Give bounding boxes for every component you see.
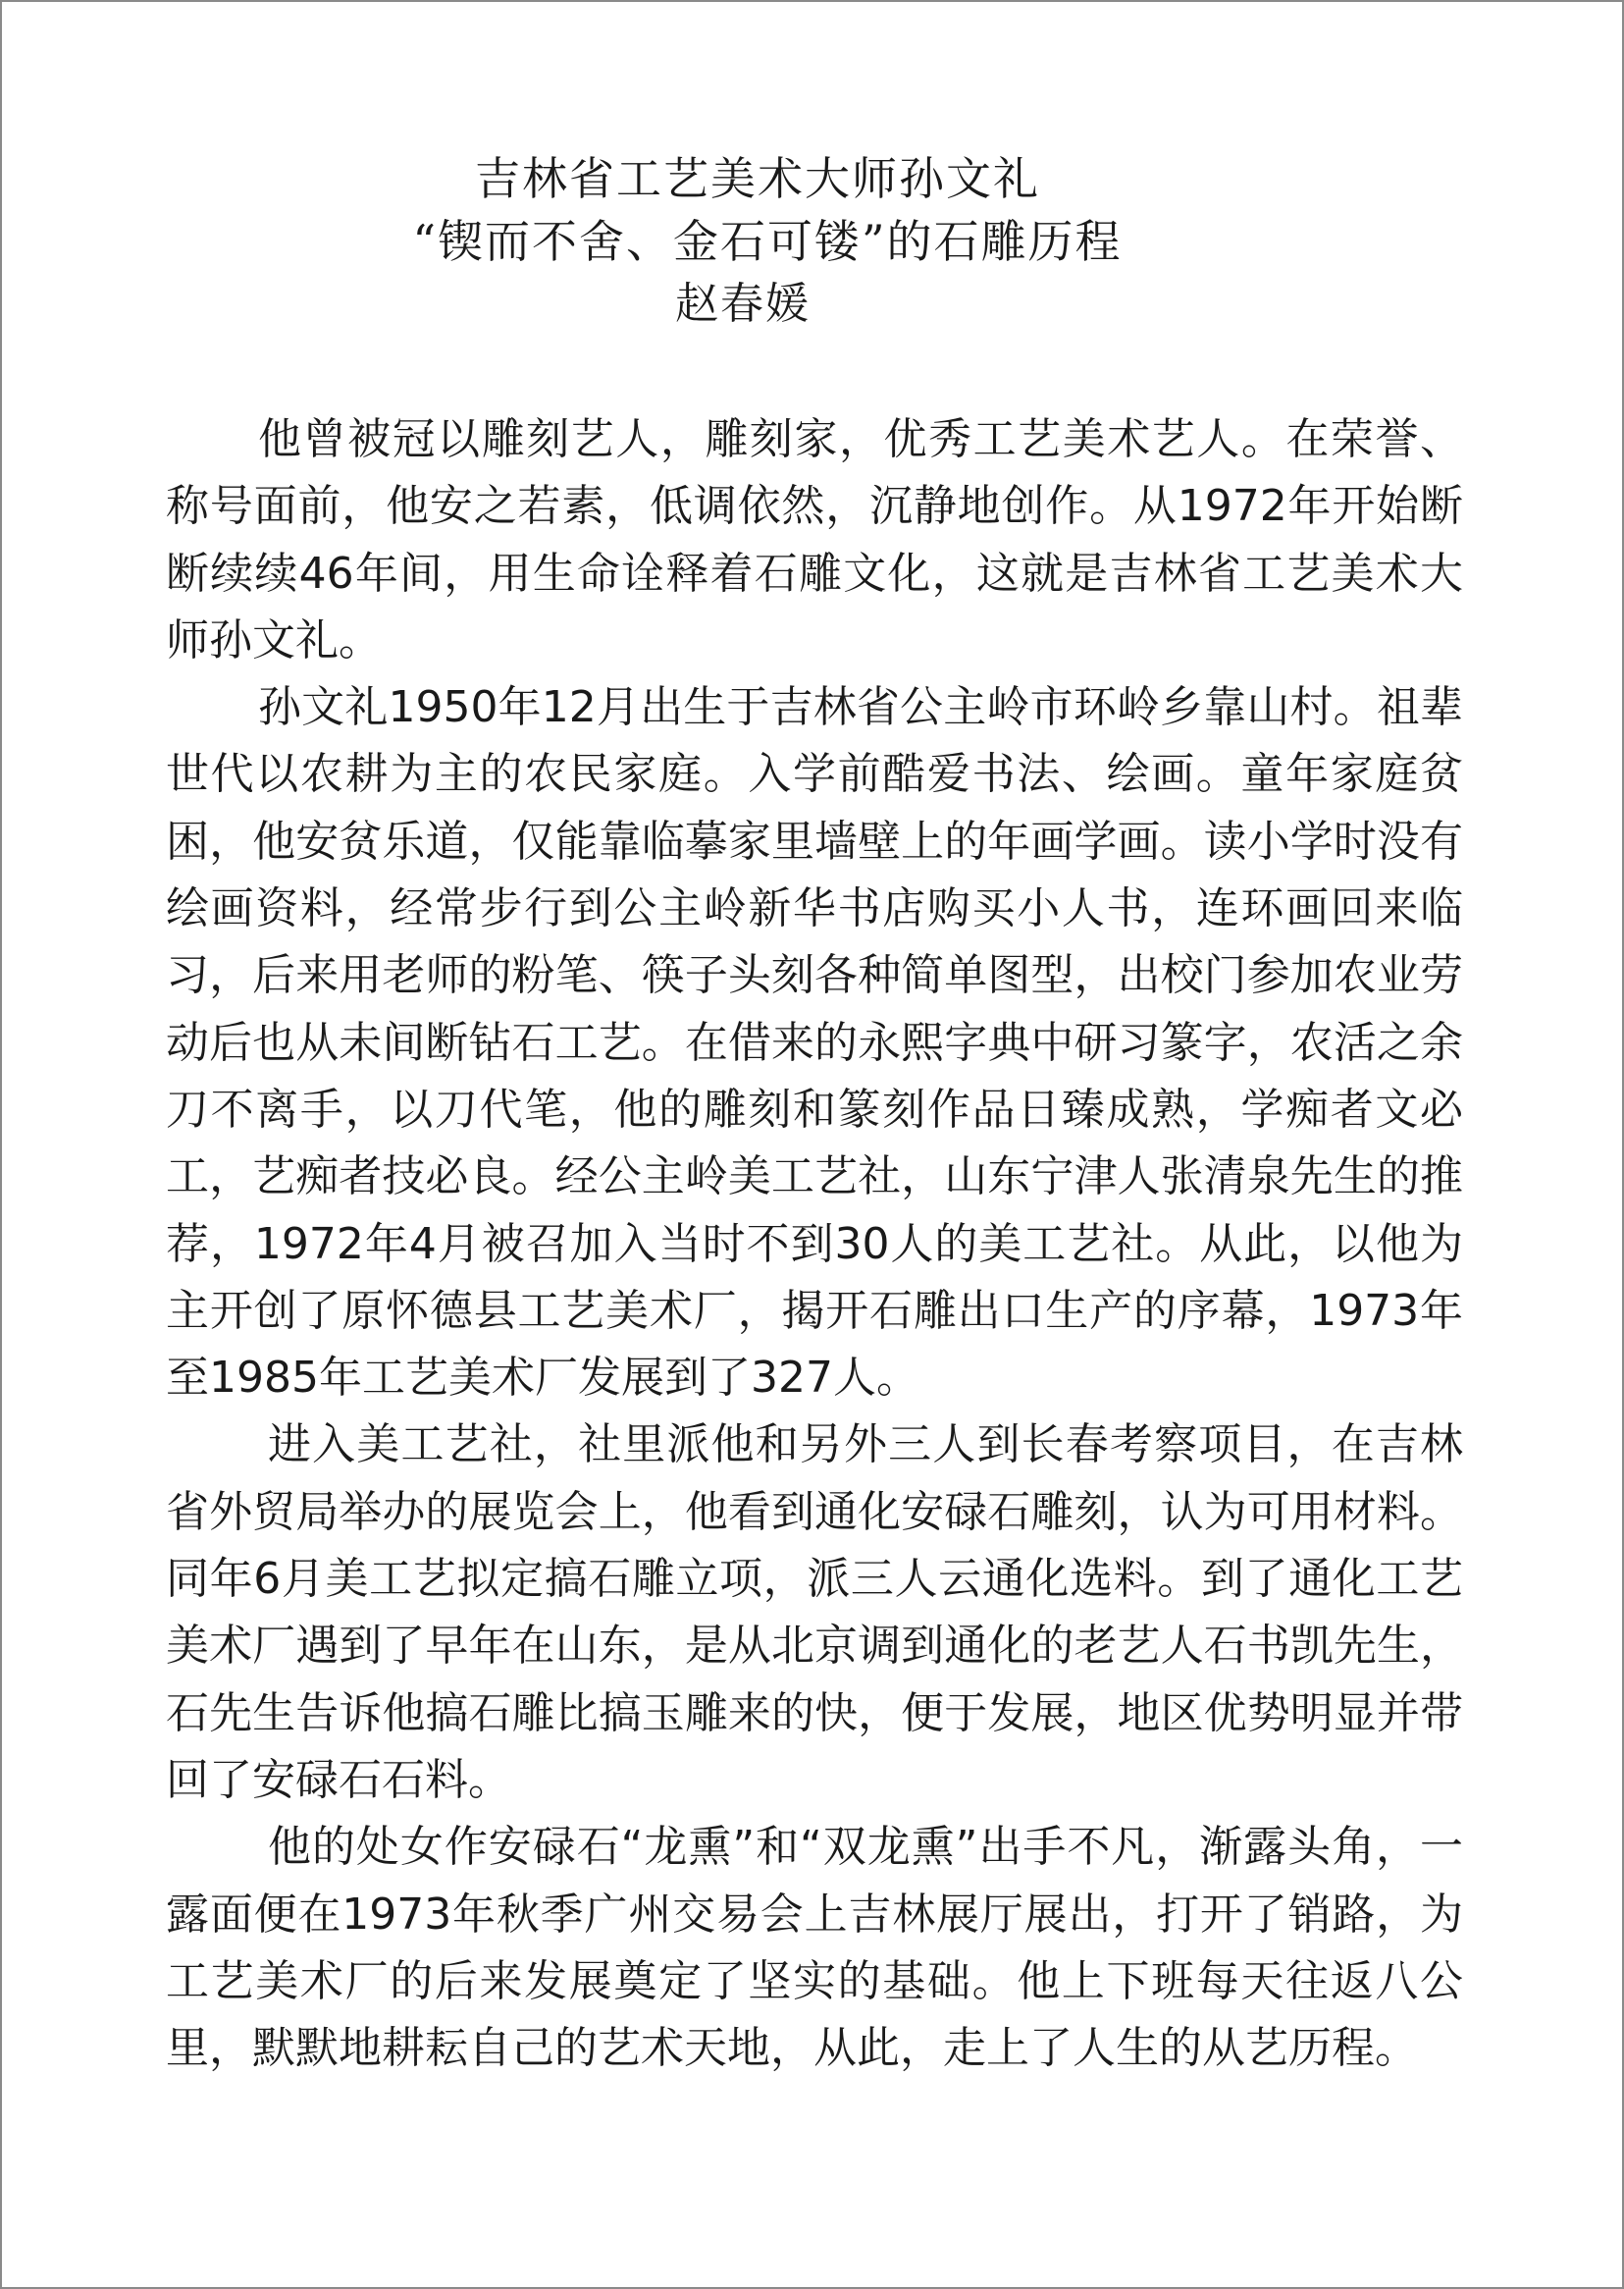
paragraph-4: 他的处女作安碌石“龙熏”和“双龙熏”出手不凡，渐露头角，一露面便在1973年秋季… xyxy=(166,1814,1463,2082)
title-line-2: “锲而不舍、金石可镂”的石雕历程 xyxy=(198,210,1317,273)
document-header: 吉林省工艺美术大师孙文礼 “锲而不舍、金石可镂”的石雕历程 赵春媛 xyxy=(198,147,1317,334)
document-page: 吉林省工艺美术大师孙文礼 “锲而不舍、金石可镂”的石雕历程 赵春媛 他曾被冠以雕… xyxy=(0,0,1624,2289)
author-name: 赵春媛 xyxy=(198,275,1287,334)
title-line-1: 吉林省工艺美术大师孙文礼 xyxy=(198,147,1317,210)
paragraph-3: 进入美工艺社，社里派他和另外三人到长春考察项目，在吉林省外贸局举办的展览会上，他… xyxy=(166,1411,1463,1814)
paragraph-2: 孙文礼1950年12月出生于吉林省公主岭市环岭乡靠山村。祖辈世代以农耕为主的农民… xyxy=(166,674,1463,1411)
paragraph-1: 他曾被冠以雕刻艺人，雕刻家，优秀工艺美术艺人。在荣誉、称号面前，他安之若素，低调… xyxy=(166,406,1463,674)
article-body: 他曾被冠以雕刻艺人，雕刻家，优秀工艺美术艺人。在荣誉、称号面前，他安之若素，低调… xyxy=(166,406,1463,2082)
